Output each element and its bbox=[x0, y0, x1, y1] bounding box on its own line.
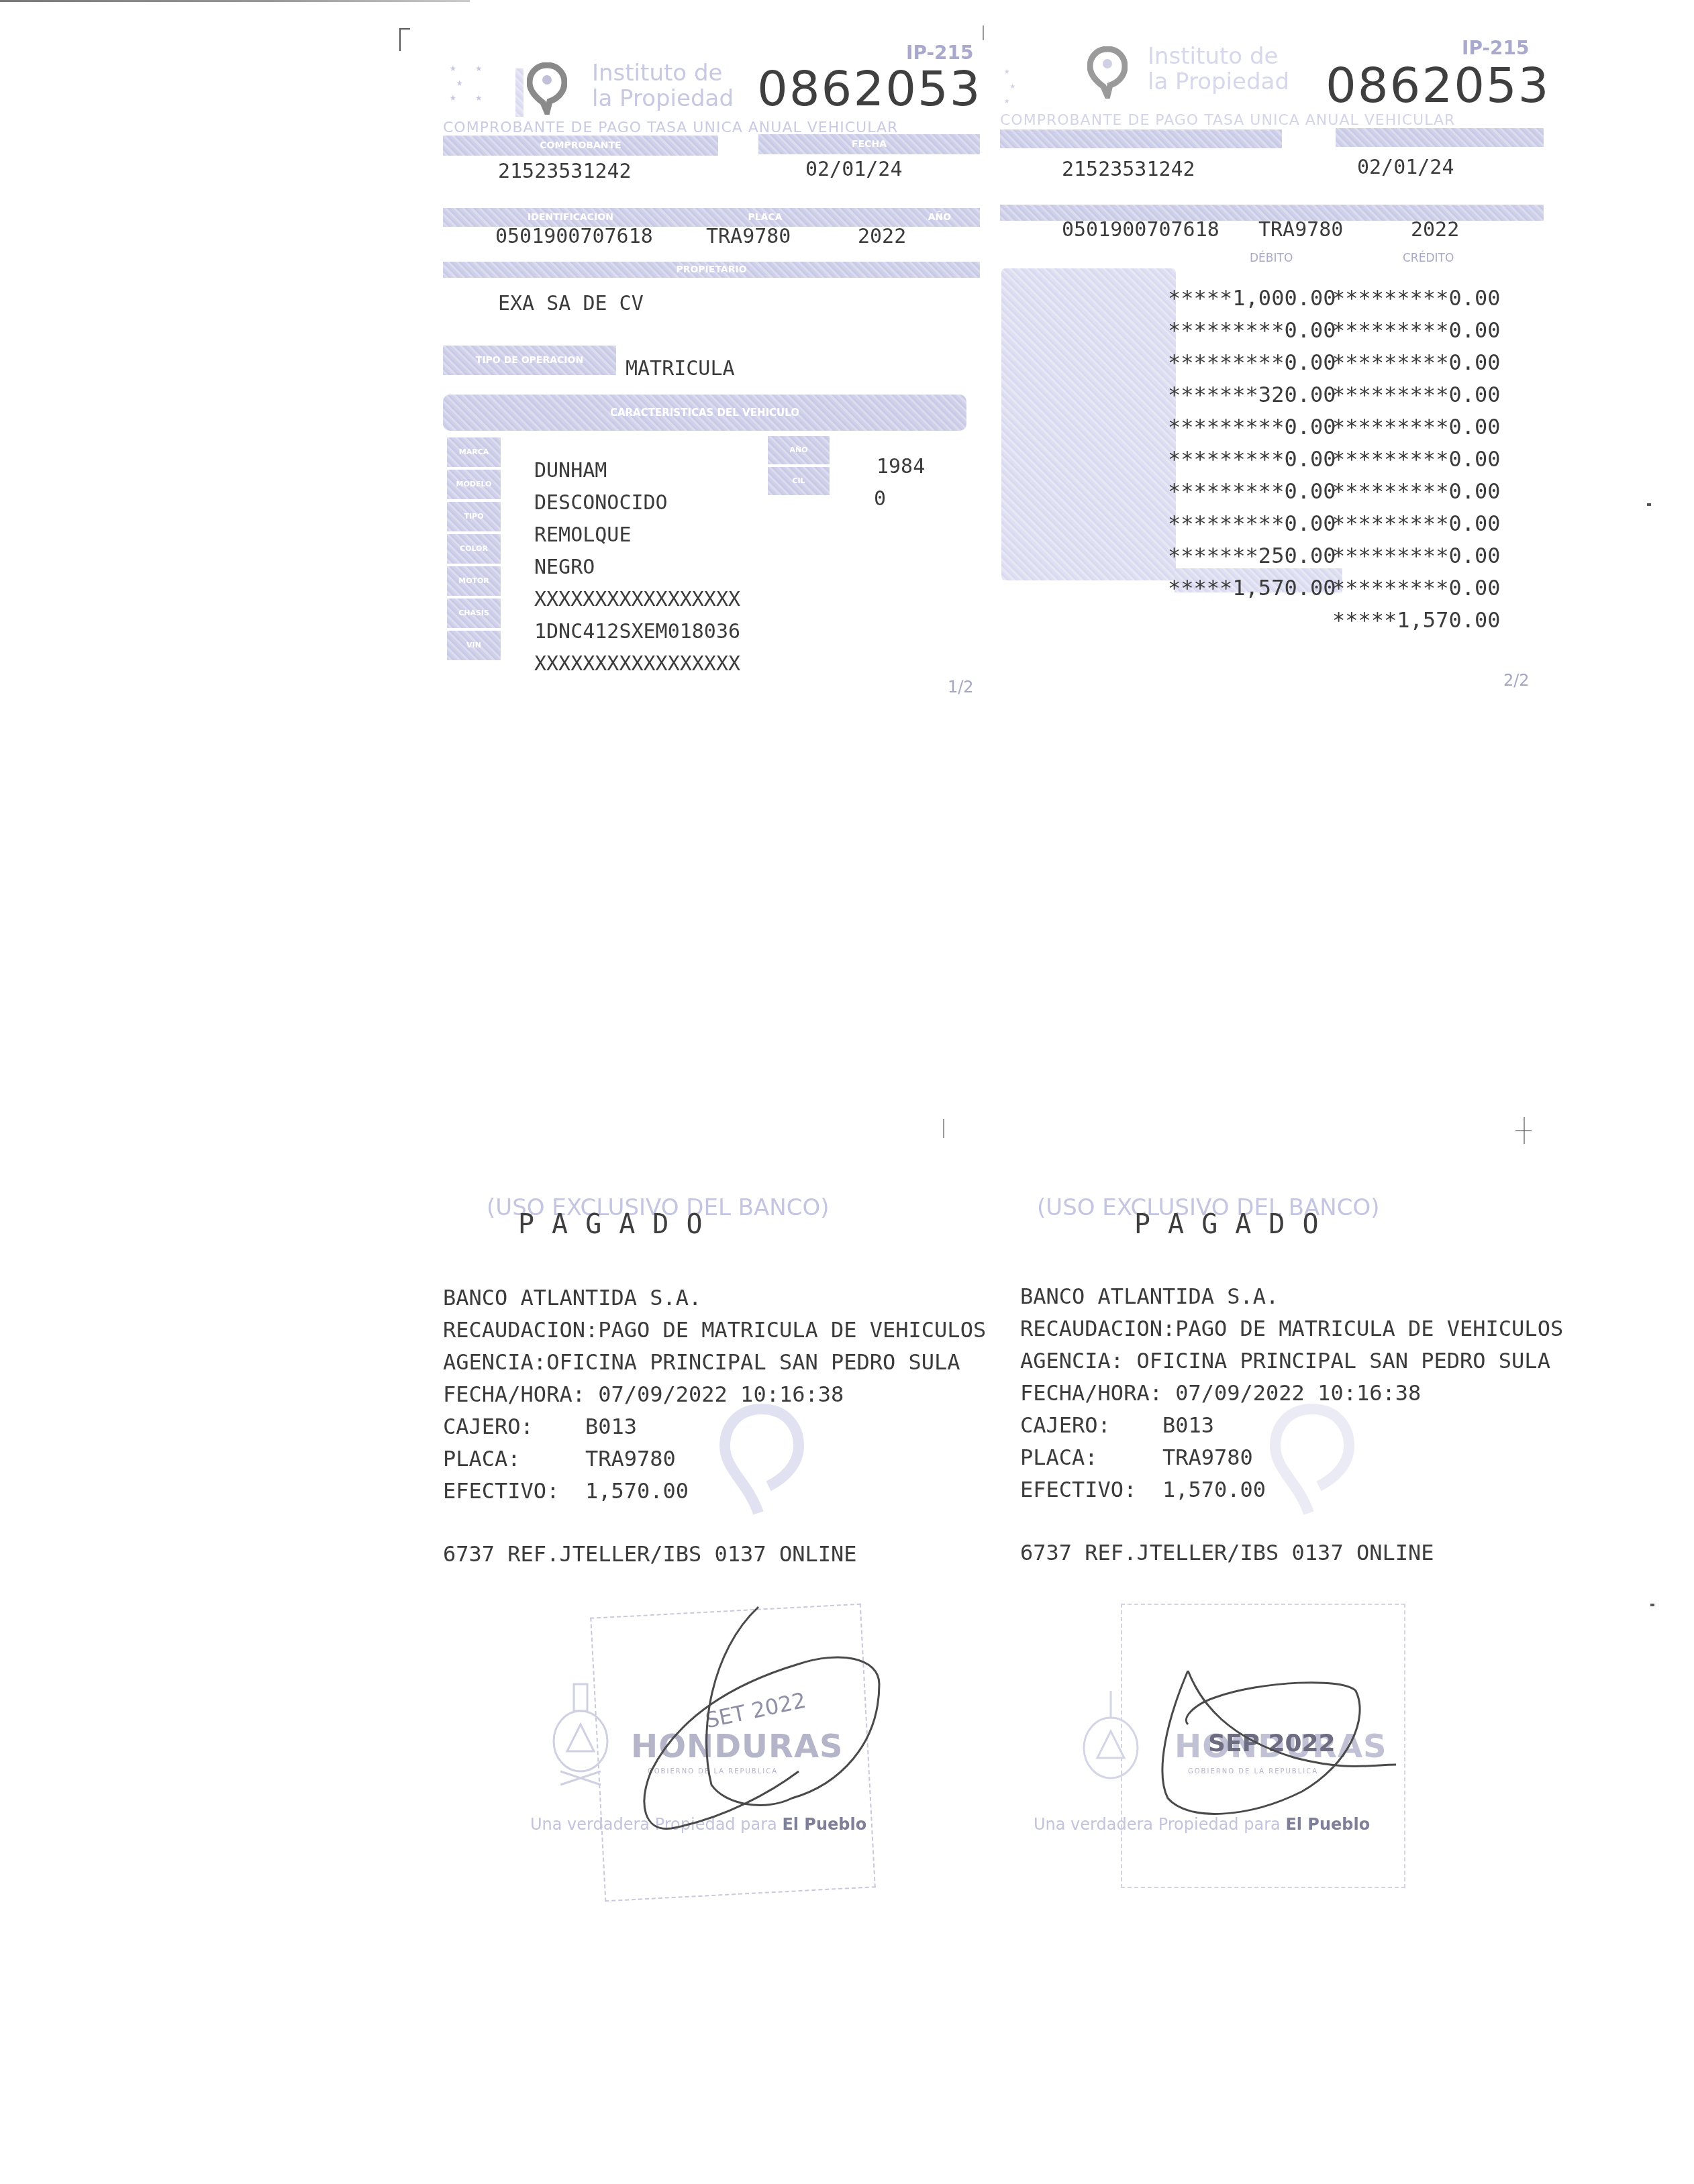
credit-cell: *********0.00 bbox=[1332, 346, 1497, 378]
identificacion-value: 0501900707618 bbox=[495, 225, 653, 248]
debit-cell: *********0.00 bbox=[1168, 507, 1332, 539]
tipo-operacion-value: MATRICULA bbox=[626, 357, 735, 380]
credit-cell: *********0.00 bbox=[1332, 572, 1497, 604]
debit-cell: *********0.00 bbox=[1168, 443, 1332, 475]
signature bbox=[597, 1597, 913, 1852]
credito-label: CRÉDITO bbox=[1403, 252, 1454, 265]
watermark-pin-icon bbox=[718, 1402, 805, 1516]
vehicle-value-column: DUNHAM DESCONOCIDO REMOLQUE NEGRO XXXXXX… bbox=[534, 455, 740, 680]
bank-slip-2: (USO EXCLUSIVO DEL BANCO) PAGADO BANCO A… bbox=[1013, 1194, 1524, 1932]
crop-mark bbox=[399, 28, 410, 30]
credit-cell: *********0.00 bbox=[1332, 443, 1497, 475]
modelo-value: DESCONOCIDO bbox=[534, 487, 740, 519]
comprobante-header bbox=[1000, 129, 1282, 148]
fecha-value: 02/01/24 bbox=[805, 158, 903, 181]
amount-row: *****1,570.00*********0.00 bbox=[1168, 572, 1497, 604]
receipt-page-2: ★ ★★ Instituto de la Propiedad IP-215 08… bbox=[1000, 37, 1537, 694]
debit-cell: *******250.00 bbox=[1168, 539, 1332, 572]
bank-stamp: SET 2022 HONDURAS GOBIERNO DE LA REPUBLI… bbox=[530, 1597, 906, 1906]
institution-line-1: Instituto de bbox=[592, 60, 734, 86]
amount-row: *********0.00*********0.00 bbox=[1168, 314, 1497, 346]
vehicle-label: MODELO bbox=[447, 470, 501, 499]
debito-label: DÉBITO bbox=[1250, 252, 1293, 265]
recaudacion: RECAUDACION:PAGO DE MATRICULA DE VEHICUL… bbox=[1020, 1312, 1563, 1345]
amount-row: *********0.00*********0.00 bbox=[1168, 507, 1497, 539]
vehicle-label: MARCA bbox=[447, 437, 501, 467]
total-cell: *****1,570.00 bbox=[1332, 604, 1497, 636]
honduras-stars-icon: ★ ★ ★★ ★ bbox=[450, 60, 503, 101]
fecha-hora: FECHA/HORA: 07/09/2022 10:16:38 bbox=[443, 1378, 986, 1410]
credit-cell: *********0.00 bbox=[1332, 475, 1497, 507]
identificacion-header: IDENTIFICACION PLACA AÑO bbox=[443, 208, 980, 227]
motor-value: XXXXXXXXXXXXXXXXX bbox=[534, 584, 740, 616]
bank-stamp: HONDURAS SEP 2022 GOBIERNO DE LA REPUBLI… bbox=[1034, 1597, 1423, 1906]
cajero-value: B013 bbox=[585, 1410, 637, 1443]
recaudacion: RECAUDACION:PAGO DE MATRICULA DE VEHICUL… bbox=[443, 1314, 986, 1346]
caracteristicas-label: CARACTERISTICAS DEL VEHICULO bbox=[443, 395, 966, 431]
cajero-row: CAJERO:B013 bbox=[443, 1410, 986, 1443]
pagado-status: PAGADO bbox=[1134, 1209, 1336, 1240]
ip-logo-pin-icon bbox=[527, 62, 567, 115]
efectivo-value: 1,570.00 bbox=[585, 1475, 689, 1507]
efectivo-label: EFECTIVO: bbox=[443, 1475, 585, 1507]
concept-label-column bbox=[1001, 268, 1176, 580]
amount-row: *******250.00*********0.00 bbox=[1168, 539, 1497, 572]
chasis-value: 1DNC412SXEM018036 bbox=[534, 616, 740, 648]
propietario-header: PROPIETARIO bbox=[443, 262, 980, 278]
cajero-label: CAJERO: bbox=[1020, 1409, 1162, 1441]
reference-line: 6737 REF.JTELLER/IBS 0137 ONLINE bbox=[1020, 1537, 1563, 1569]
bank-name: BANCO ATLANTIDA S.A. bbox=[443, 1282, 986, 1314]
anio-label: AÑO bbox=[768, 436, 830, 464]
marca-value: DUNHAM bbox=[534, 455, 740, 487]
tipo-operacion-label: TIPO DE OPERACION bbox=[443, 346, 616, 375]
vehicle-label: CHASIS bbox=[447, 599, 501, 628]
debit-cell: *********0.00 bbox=[1168, 346, 1332, 378]
serial-number: 0862053 bbox=[1326, 57, 1550, 113]
reference-line: 6737 REF.JTELLER/IBS 0137 ONLINE bbox=[443, 1538, 986, 1570]
scan-speck bbox=[1647, 503, 1651, 506]
signature bbox=[1128, 1664, 1423, 1825]
comprobante-value: 21523531242 bbox=[1062, 158, 1195, 181]
ip-logo-pin-icon bbox=[1087, 46, 1128, 99]
placa-label: PLACA: bbox=[1020, 1441, 1162, 1473]
fecha-value: 02/01/24 bbox=[1357, 156, 1454, 179]
vehicle-label: VIN bbox=[447, 631, 501, 660]
amount-row: *****1,000.00*********0.00 bbox=[1168, 282, 1497, 314]
caracteristicas-header: CARACTERISTICAS DEL VEHICULO bbox=[443, 395, 966, 431]
placa-label: PLACA bbox=[732, 208, 799, 227]
efectivo-label: EFECTIVO: bbox=[1020, 1473, 1162, 1506]
amount-row: *********0.00*********0.00 bbox=[1168, 475, 1497, 507]
institution-name: Instituto de la Propiedad bbox=[1148, 44, 1289, 95]
vehicle-label-column: MARCA MODELO TIPO COLOR MOTOR CHASIS VIN bbox=[447, 437, 501, 663]
identificacion-value: 0501900707618 bbox=[1062, 218, 1219, 242]
debit-cell: *********0.00 bbox=[1168, 314, 1332, 346]
vehicle-label: MOTOR bbox=[447, 566, 501, 596]
institution-line-1: Instituto de bbox=[1148, 44, 1289, 69]
debit-cell: *********0.00 bbox=[1168, 475, 1332, 507]
page-number: 2/2 bbox=[1503, 671, 1530, 690]
serial-number: 0862053 bbox=[757, 60, 982, 117]
placa-value: TRA9780 bbox=[1258, 218, 1343, 242]
comprobante-value: 21523531242 bbox=[498, 160, 632, 183]
color-value: NEGRO bbox=[534, 552, 740, 584]
placa-value: TRA9780 bbox=[585, 1443, 676, 1475]
crop-mark bbox=[983, 25, 984, 40]
efectivo-value: 1,570.00 bbox=[1162, 1473, 1266, 1506]
identificacion-label: IDENTIFICACION bbox=[497, 208, 644, 227]
placa-value: TRA9780 bbox=[706, 225, 791, 248]
fecha-header: FECHA bbox=[758, 134, 980, 154]
agencia: AGENCIA: OFICINA PRINCIPAL SAN PEDRO SUL… bbox=[1020, 1345, 1563, 1377]
vehicle-label: COLOR bbox=[447, 534, 501, 564]
debit-cell: *******320.00 bbox=[1168, 378, 1332, 411]
institution-line-2: la Propiedad bbox=[592, 86, 734, 111]
anio-pago-value: 2022 bbox=[1411, 218, 1459, 242]
comprobante-header: COMPROBANTE bbox=[443, 136, 718, 156]
total-row: *****1,570.00 bbox=[1168, 604, 1497, 636]
flag-stripe bbox=[515, 68, 524, 117]
debit-cell: *****1,000.00 bbox=[1168, 282, 1332, 314]
pagado-status: PAGADO bbox=[518, 1209, 720, 1240]
comprobante-label: COMPROBANTE bbox=[443, 136, 718, 156]
vin-value: XXXXXXXXXXXXXXXXX bbox=[534, 648, 740, 680]
tipo-value: REMOLQUE bbox=[534, 519, 740, 552]
amount-row: *********0.00*********0.00 bbox=[1168, 443, 1497, 475]
scan-edge-line bbox=[0, 0, 470, 2]
debit-cell: *********0.00 bbox=[1168, 411, 1332, 443]
institution-line-2: la Propiedad bbox=[1148, 69, 1289, 95]
anio-pago-label: AÑO bbox=[913, 208, 966, 227]
amount-row: *********0.00*********0.00 bbox=[1168, 346, 1497, 378]
credit-cell: *********0.00 bbox=[1332, 378, 1497, 411]
amount-row: *******320.00*********0.00 bbox=[1168, 378, 1497, 411]
tipo-operacion-header: TIPO DE OPERACION bbox=[443, 346, 616, 375]
bank-slip-1: (USO EXCLUSIVO DEL BANCO) PAGADO BANCO A… bbox=[443, 1194, 953, 1932]
debit-cell: *****1,570.00 bbox=[1168, 572, 1332, 604]
cajero-label: CAJERO: bbox=[443, 1410, 585, 1443]
cil-label: CIL bbox=[768, 467, 830, 495]
page-number: 1/2 bbox=[948, 678, 974, 696]
cajero-value: B013 bbox=[1162, 1409, 1214, 1441]
credit-cell: *********0.00 bbox=[1332, 314, 1497, 346]
scan-speck bbox=[1650, 1604, 1654, 1606]
credit-cell: *********0.00 bbox=[1332, 507, 1497, 539]
crop-mark bbox=[399, 28, 401, 51]
crop-mark bbox=[943, 1119, 944, 1138]
fecha-label: FECHA bbox=[758, 134, 980, 154]
institution-name: Instituto de la Propiedad bbox=[592, 60, 734, 111]
bank-details: BANCO ATLANTIDA S.A. RECAUDACION:PAGO DE… bbox=[443, 1282, 986, 1570]
propietario-value: EXA SA DE CV bbox=[498, 292, 644, 315]
amounts-table: *****1,000.00*********0.00 *********0.00… bbox=[1168, 282, 1497, 636]
vehicle-label: TIPO bbox=[447, 502, 501, 531]
placa-label: PLACA: bbox=[443, 1443, 585, 1475]
placa-row: PLACA:TRA9780 bbox=[443, 1443, 986, 1475]
fecha-header bbox=[1336, 128, 1544, 147]
placa-value: TRA9780 bbox=[1162, 1441, 1253, 1473]
bank-name: BANCO ATLANTIDA S.A. bbox=[1020, 1280, 1563, 1312]
watermark-pin-icon bbox=[1268, 1402, 1356, 1516]
cil-value: 0 bbox=[874, 487, 886, 511]
honduras-stars-icon: ★ ★★ bbox=[1004, 64, 1058, 104]
credit-cell: *********0.00 bbox=[1332, 282, 1497, 314]
amount-row: *********0.00*********0.00 bbox=[1168, 411, 1497, 443]
receipt-page-1: ★ ★ ★★ ★ Instituto de la Propiedad IP-21… bbox=[443, 40, 980, 698]
agencia: AGENCIA:OFICINA PRINCIPAL SAN PEDRO SULA bbox=[443, 1346, 986, 1378]
credit-cell: *********0.00 bbox=[1332, 539, 1497, 572]
crop-mark bbox=[1515, 1130, 1532, 1131]
propietario-label: PROPIETARIO bbox=[443, 262, 980, 278]
efectivo-row: EFECTIVO:1,570.00 bbox=[443, 1475, 986, 1507]
form-subtitle: COMPROBANTE DE PAGO TASA UNICA ANUAL VEH… bbox=[1000, 112, 1455, 129]
anio-pago-value: 2022 bbox=[858, 225, 906, 248]
credit-cell: *********0.00 bbox=[1332, 411, 1497, 443]
anio-value: 1984 bbox=[877, 455, 925, 478]
form-code: IP-215 bbox=[1462, 37, 1530, 59]
